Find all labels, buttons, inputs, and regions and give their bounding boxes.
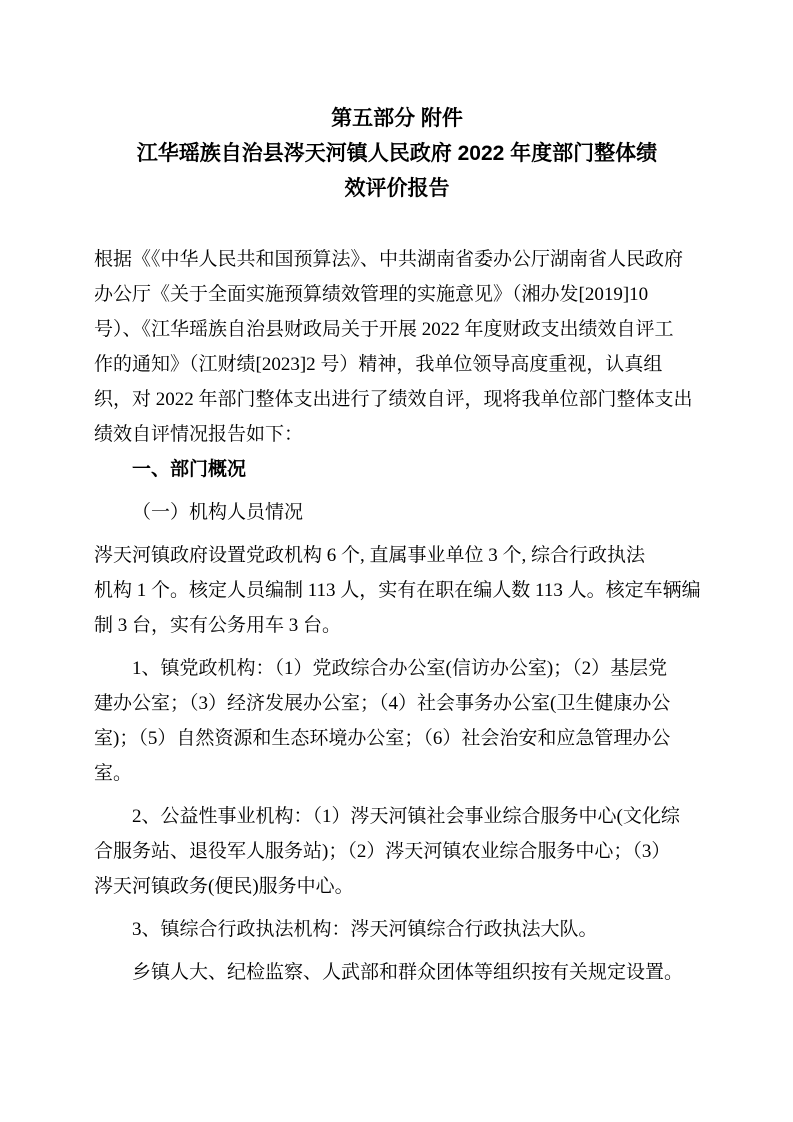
text-line: 涔天河镇政府设置党政机构 6 个, 直属事业单位 3 个, 综合行政执法 (94, 538, 700, 573)
section-heading-overview: 一、部门概况 (94, 452, 700, 487)
text-line: 乡镇人大、纪检监察、人武部和群众团体等组织按有关规定设置。 (94, 955, 700, 990)
public-welfare-institutions-paragraph: 2、公益性事业机构：（1）涔天河镇社会事业综合服务中心(文化综 合服务站、退役军… (94, 799, 700, 904)
intro-paragraph: 根据《《中华人民共和国预算法》、中共湖南省委办公厅湖南省人民政府 办公厅《关于全… (94, 242, 700, 452)
report-title-line-2: 效评价报告 (94, 171, 700, 206)
org-overview-paragraph: 涔天河镇政府设置党政机构 6 个, 直属事业单位 3 个, 综合行政执法 机构 … (94, 538, 700, 643)
text-line: 根据《《中华人民共和国预算法》、中共湖南省委办公厅湖南省人民政府 (94, 242, 700, 277)
report-title: 江华瑶族自治县涔天河镇人民政府 2022 年度部门整体绩 效评价报告 (94, 136, 700, 206)
subsection-heading-staffing: （一）机构人员情况 (94, 495, 700, 530)
text-line: 2、公益性事业机构：（1）涔天河镇社会事业综合服务中心(文化综 (94, 799, 700, 834)
text-line: 涔天河镇政务(便民)服务中心。 (94, 869, 700, 904)
document-page: 第五部分 附件 江华瑶族自治县涔天河镇人民政府 2022 年度部门整体绩 效评价… (0, 0, 793, 1122)
text-line: 作的通知》（江财绩[2023]2 号）精神，我单位领导高度重视，认真组 (94, 347, 700, 382)
text-line: 3、镇综合行政执法机构：涔天河镇综合行政执法大队。 (94, 912, 700, 947)
text-line: 制 3 台，实有公务用车 3 台。 (94, 608, 700, 643)
party-government-organs-paragraph: 1、镇党政机构：（1）党政综合办公室(信访办公室)；（2）基层党 建办公室；（3… (94, 651, 700, 791)
document-content: 第五部分 附件 江华瑶族自治县涔天河镇人民政府 2022 年度部门整体绩 效评价… (0, 0, 793, 990)
text-line: 建办公室；（3）经济发展办公室；（4）社会事务办公室(卫生健康办公 (94, 686, 700, 721)
text-line: 织，对 2022 年部门整体支出进行了绩效自评，现将我单位部门整体支出 (94, 382, 700, 417)
part-title: 第五部分 附件 (94, 101, 700, 136)
text-line: 1、镇党政机构：（1）党政综合办公室(信访办公室)；（2）基层党 (94, 651, 700, 686)
law-enforcement-paragraph: 3、镇综合行政执法机构：涔天河镇综合行政执法大队。 (94, 912, 700, 947)
text-line: 机构 1 个。核定人员编制 113 人，实有在职在编人数 113 人。核定车辆编 (94, 573, 700, 608)
text-line: 合服务站、退役军人服务站)；（2）涔天河镇农业综合服务中心；（3） (94, 834, 700, 869)
text-line: 室。 (94, 756, 700, 791)
other-organizations-paragraph: 乡镇人大、纪检监察、人武部和群众团体等组织按有关规定设置。 (94, 955, 700, 990)
text-line: 号）、《江华瑶族自治县财政局关于开展 2022 年度财政支出绩效自评工 (94, 312, 700, 347)
report-title-line-1: 江华瑶族自治县涔天河镇人民政府 2022 年度部门整体绩 (94, 136, 700, 171)
text-line: 办公厅《关于全面实施预算绩效管理的实施意见》（湘办发[2019]10 (94, 277, 700, 312)
text-line: 绩效自评情况报告如下： (94, 417, 700, 452)
text-line: 室)；（5）自然资源和生态环境办公室；（6）社会治安和应急管理办公 (94, 721, 700, 756)
